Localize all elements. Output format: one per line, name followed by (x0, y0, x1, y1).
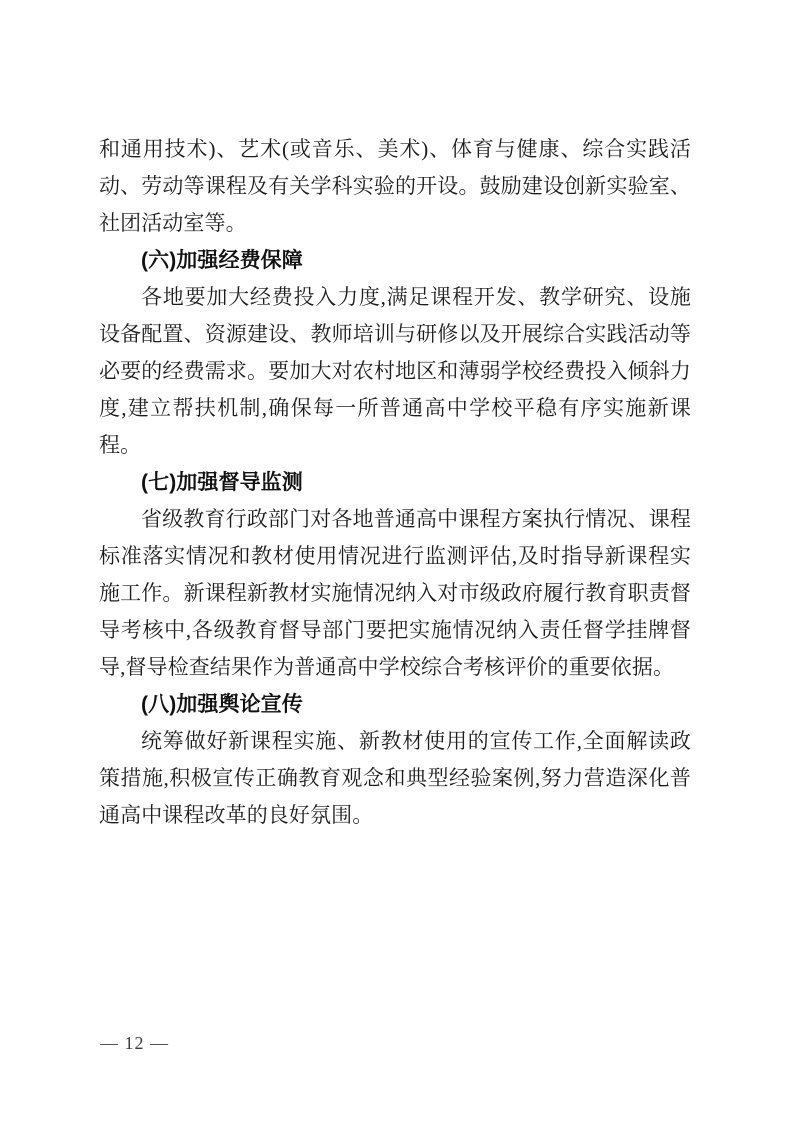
paragraph-publicity: 统筹做好新课程实施、新教材使用的宣传工作,全面解读政策措施,积极宣传正确教育观念… (99, 723, 691, 834)
paragraph-continued-from-previous-page: 和通用技术)、艺术(或音乐、美术)、体育与健康、综合实践活动、劳动等课程及有关学… (99, 131, 691, 242)
paragraph-funding-guarantee: 各地要加大经费投入力度,满足课程开发、教学研究、设施设备配置、资源建设、教师培训… (99, 279, 691, 464)
section-heading-6-funding-guarantee: (六)加强经费保障 (99, 242, 691, 279)
section-heading-8-publicity: (八)加强舆论宣传 (99, 686, 691, 723)
document-body: 和通用技术)、艺术(或音乐、美术)、体育与健康、综合实践活动、劳动等课程及有关学… (99, 131, 691, 834)
document-page: 和通用技术)、艺术(或音乐、美术)、体育与健康、综合实践活动、劳动等课程及有关学… (0, 0, 793, 1122)
page-number: — 12 — (100, 1031, 169, 1055)
paragraph-supervision-monitoring: 省级教育行政部门对各地普通高中课程方案执行情况、课程标准落实情况和教材使用情况进… (99, 501, 691, 686)
section-heading-7-supervision-monitoring: (七)加强督导监测 (99, 464, 691, 501)
